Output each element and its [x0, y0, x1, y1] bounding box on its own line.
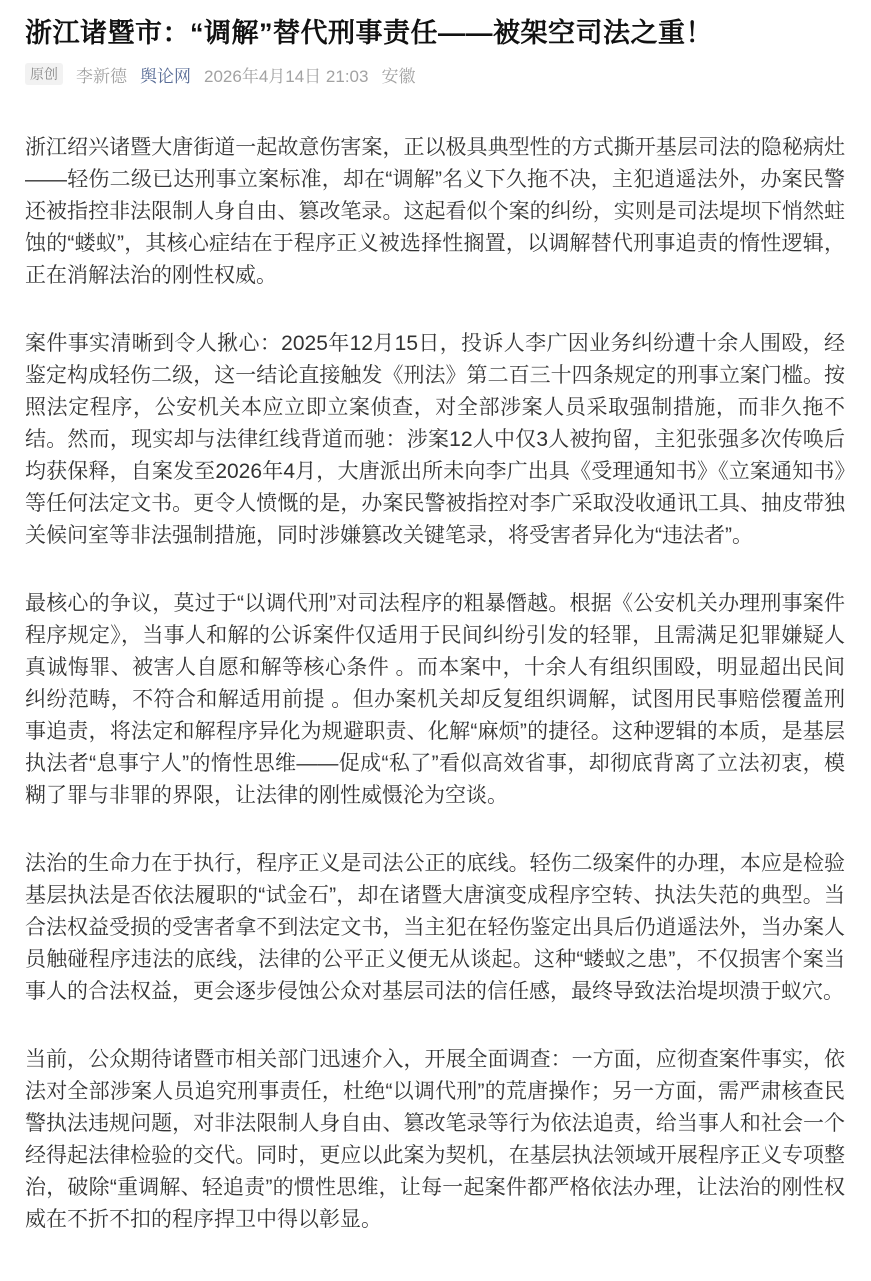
author-name[interactable]: 李新德 [76, 62, 127, 87]
paragraph-2: 案件事实清晰到令人揪心：2025年12月15日，投诉人李广因业务纠纷遭十余人围殴… [25, 328, 845, 552]
account-link[interactable]: 舆论网 [140, 62, 191, 87]
article-body: 浙江绍兴诸暨大唐街道一起故意伤害案，正以极具典型性的方式撕开基层司法的隐秘病灶—… [25, 132, 845, 1236]
paragraph-4: 法治的生命力在于执行，程序正义是司法公正的底线。轻伤二级案件的办理，本应是检验基… [25, 848, 845, 1008]
article-meta: 原创 李新德 舆论网 2026年4月14日 21:03 安徽 [25, 62, 845, 86]
publish-datetime: 2026年4月14日 21:03 [204, 62, 368, 87]
article-page: 浙江诸暨市：“调解”替代刑事责任——被架空司法之重！ 原创 李新德 舆论网 20… [0, 14, 871, 1236]
paragraph-5: 当前，公众期待诸暨市相关部门迅速介入，开展全面调查：一方面，应彻查案件事实，依法… [25, 1044, 845, 1236]
paragraph-3: 最核心的争议，莫过于“以调代刑”对司法程序的粗暴僭越。根据《公安机关办理刑事案件… [25, 588, 845, 812]
paragraph-1: 浙江绍兴诸暨大唐街道一起故意伤害案，正以极具典型性的方式撕开基层司法的隐秘病灶—… [25, 132, 845, 292]
original-content-badge: 原创 [25, 63, 63, 85]
article-title: 浙江诸暨市：“调解”替代刑事责任——被架空司法之重！ [25, 14, 845, 52]
publish-location: 安徽 [381, 62, 415, 87]
